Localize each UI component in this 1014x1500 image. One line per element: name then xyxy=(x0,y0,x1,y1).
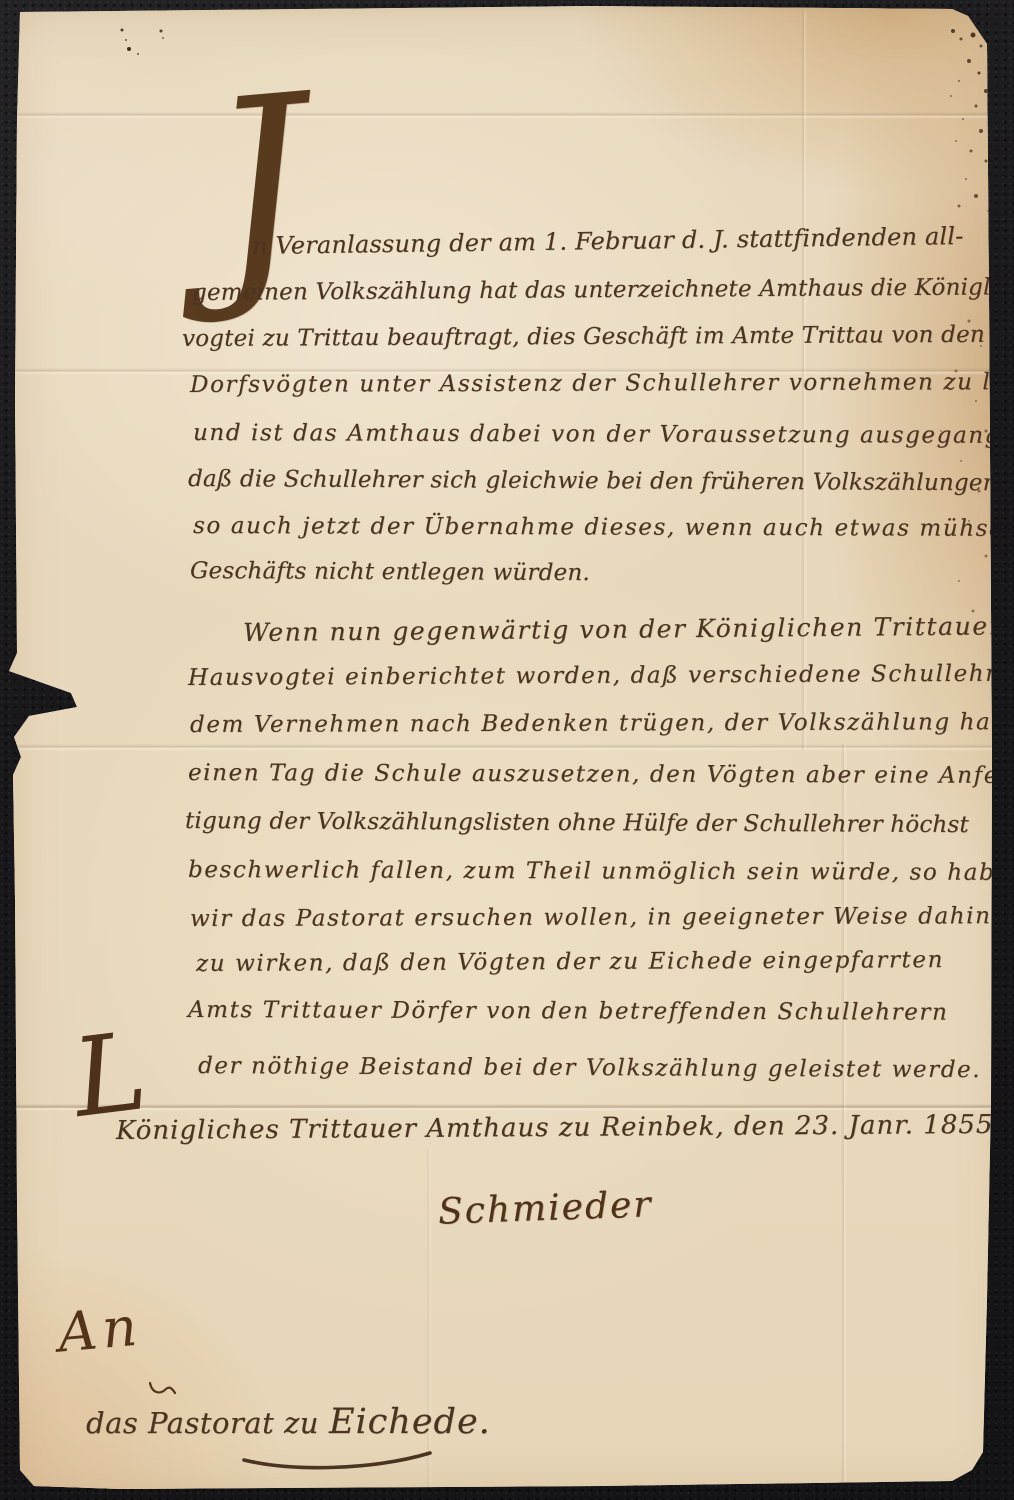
foxing-speck-cluster-right-mid xyxy=(0,0,2,2)
photo-background: J n Veranlassung der am 1. Februar d. J.… xyxy=(0,0,1014,1500)
foxing-speck-cluster-right-top xyxy=(0,0,2,2)
ink-speck-cluster-top-left xyxy=(0,0,2,2)
paper-edge-shading xyxy=(0,0,1014,1500)
letter-paper: J n Veranlassung der am 1. Februar d. J.… xyxy=(0,0,1014,1500)
